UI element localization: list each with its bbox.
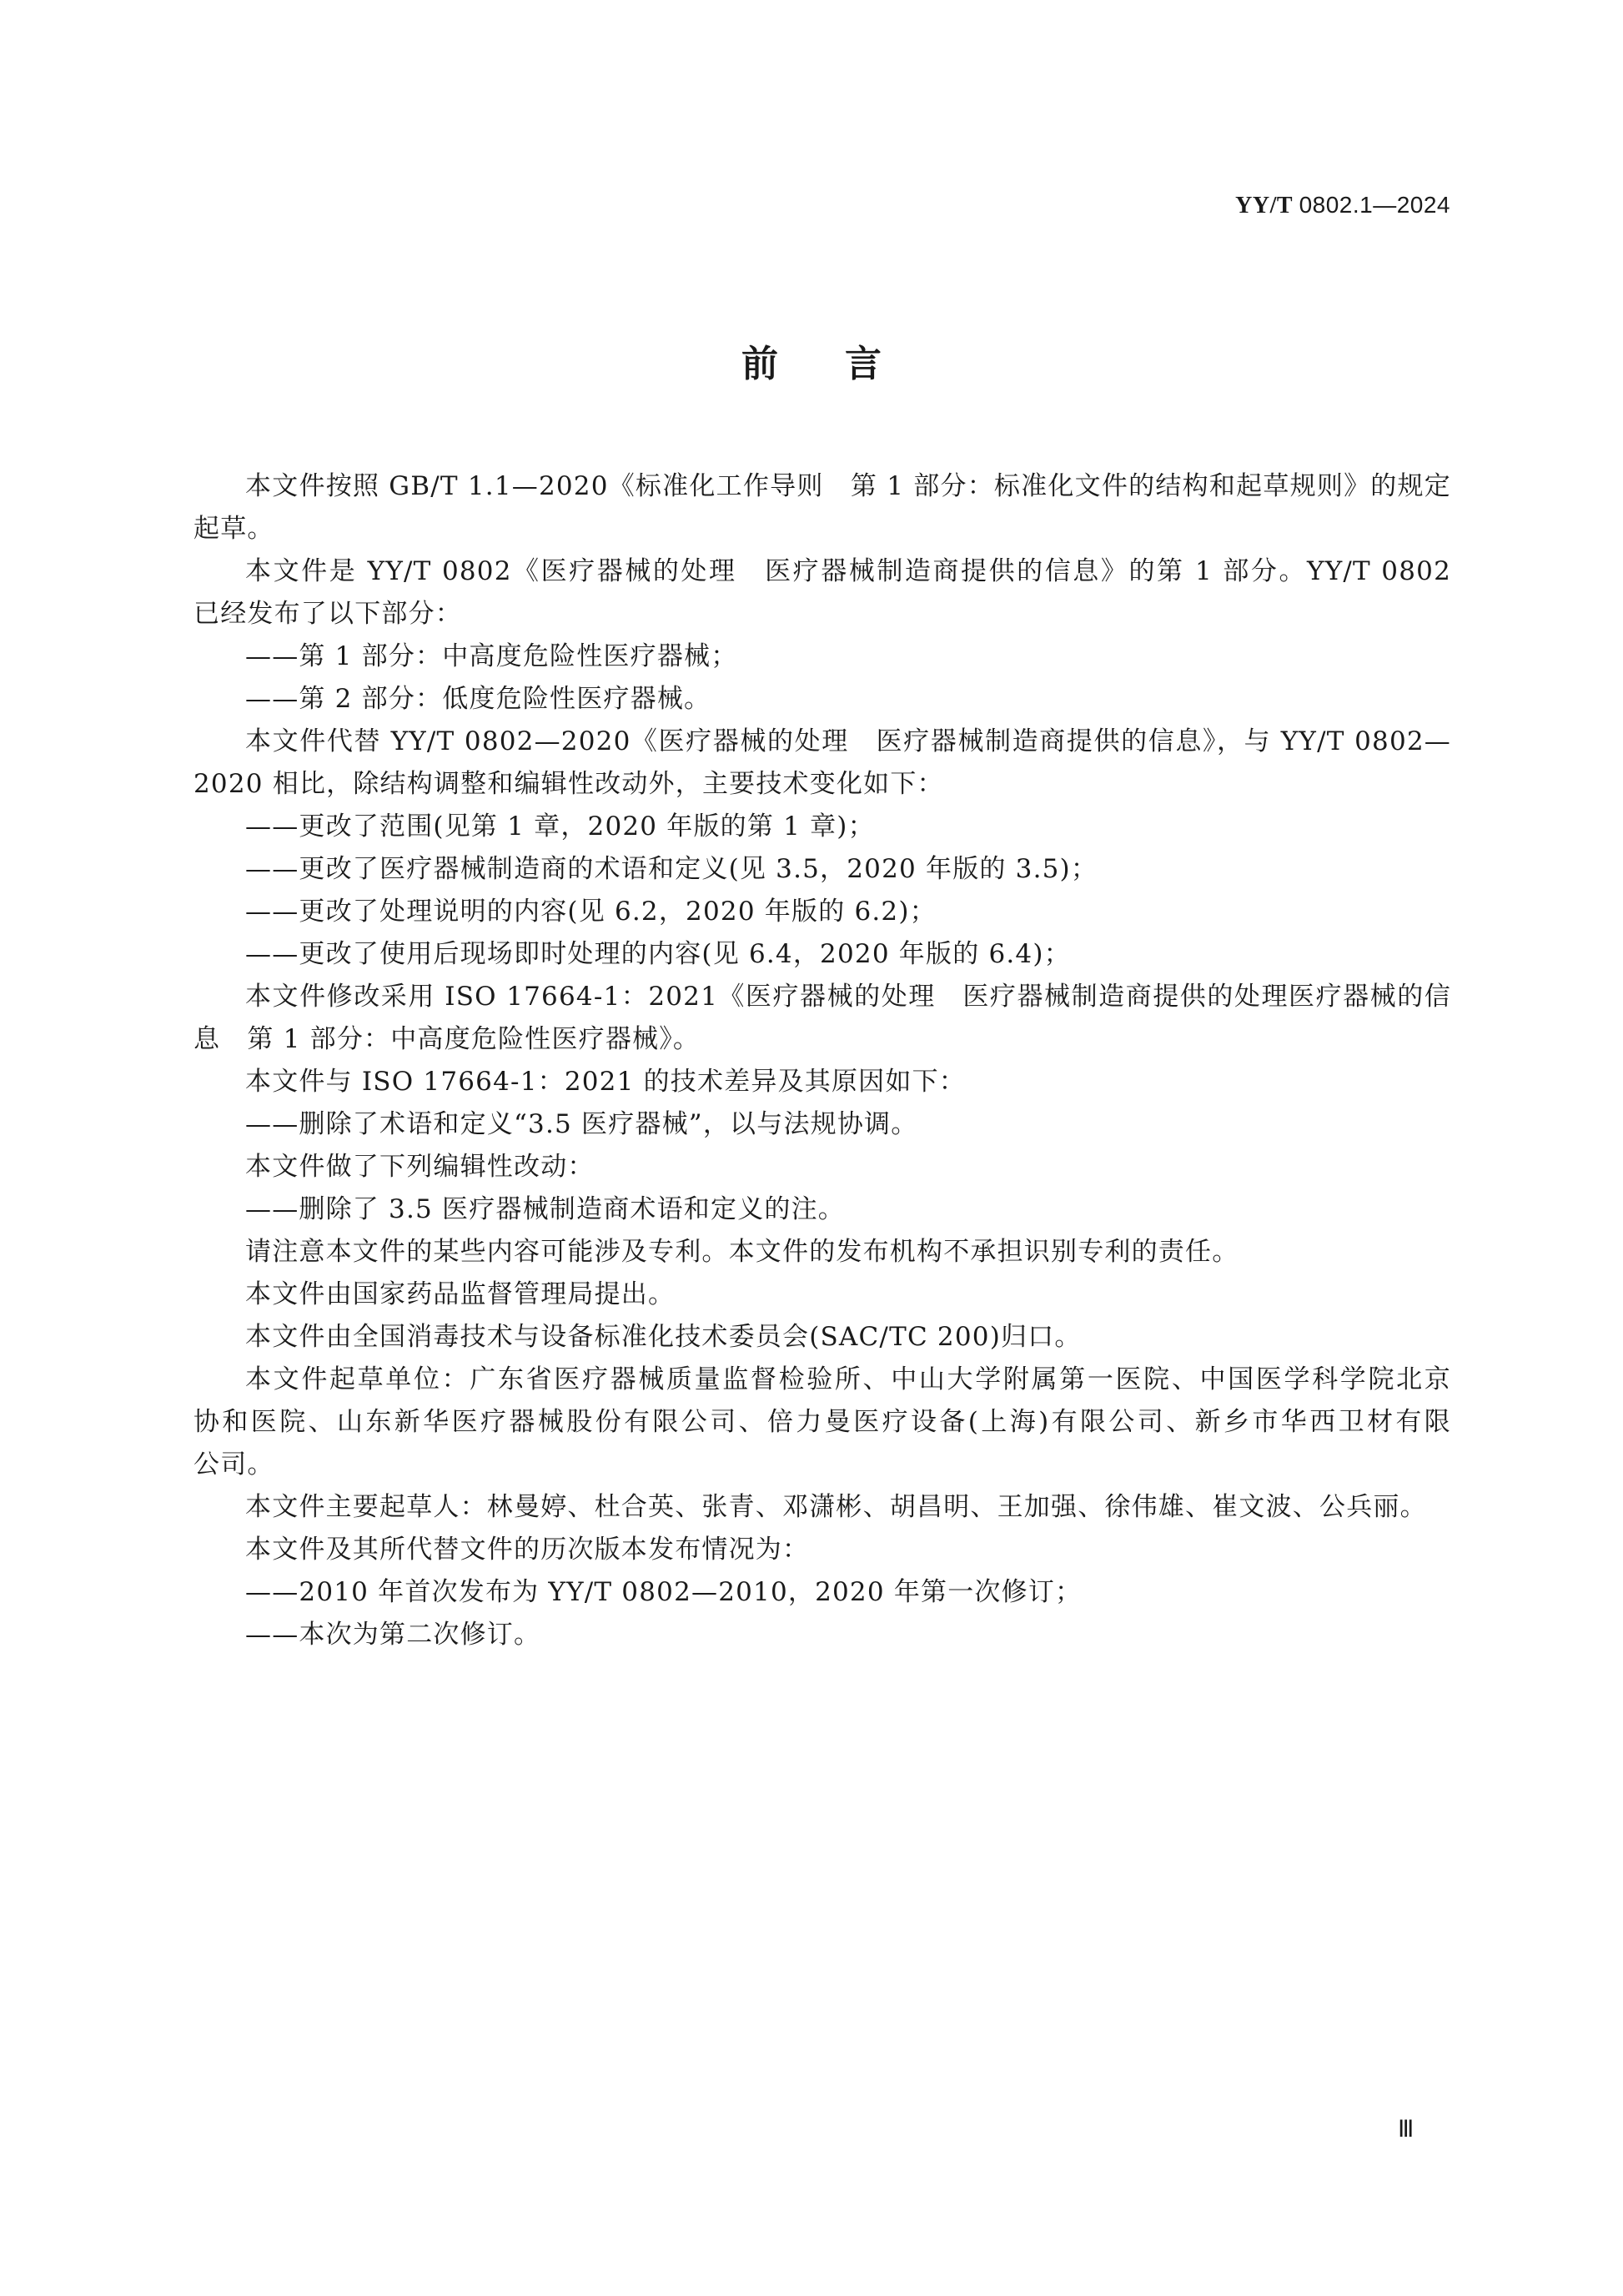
text-line: ——更改了使用后现场即时处理的内容(见 6.4，2020 年版的 6.4)； [245,935,1071,977]
text-line: 本文件及其所代替文件的历次版本发布情况为： [245,1530,809,1573]
text-line: 本文件做了下列编辑性改动： [245,1148,595,1190]
text-line: ——第 2 部分：低度危险性医疗器械。 [245,680,711,722]
text-line: 公司。 [193,1445,274,1488]
text-line: ——第 1 部分：中高度危险性医疗器械； [245,637,737,680]
text-line: 起草。 [193,510,274,552]
text-line: 本文件与 ISO 17664-1：2021 的技术差异及其原因如下： [245,1063,966,1105]
text-line: ——删除了 3.5 医疗器械制造商术语和定义的注。 [245,1190,845,1233]
page-title: 前言 [0,334,1623,387]
page-number: Ⅲ [1398,2115,1414,2143]
text-line: 本文件修改采用 ISO 17664-1：2021《医疗器械的处理 医疗器械制造商… [245,977,1451,1020]
text-line: ——删除了术语和定义“3.5 医疗器械”，以与法规协调。 [245,1105,917,1148]
text-line: 本文件主要起草人：林曼婷、杜合英、张青、邓潇彬、胡昌明、王加强、徐伟雄、崔文波、… [245,1488,1427,1530]
text-line: 本文件是 YY/T 0802《医疗器械的处理 医疗器械制造商提供的信息》的第 1… [245,552,1451,595]
text-line: ——本次为第二次修订。 [245,1615,540,1658]
standard-code: YY/T 0802.1—2024 [1235,192,1450,219]
text-line: 本文件由全国消毒技术与设备标准化技术委员会(SAC/TC 200)归口。 [245,1318,1082,1360]
text-line: ——2010 年首次发布为 YY/T 0802—2010，2020 年第一次修订… [245,1573,1082,1615]
text-line: 息 第 1 部分：中高度危险性医疗器械》。 [193,1020,700,1063]
text-line: 本文件起草单位：广东省医疗器械质量监督检验所、中山大学附属第一医院、中国医学科学… [245,1360,1451,1403]
text-line: 本文件代替 YY/T 0802—2020《医疗器械的处理 医疗器械制造商提供的信… [245,722,1451,765]
standard-number: 0802.1—2024 [1299,192,1450,218]
text-line: 本文件按照 GB/T 1.1—2020《标准化工作导则 第 1 部分：标准化文件… [245,467,1451,510]
text-line: 已经发布了以下部分： [193,595,462,637]
text-line: ——更改了处理说明的内容(见 6.2，2020 年版的 6.2)； [245,892,937,935]
text-line: ——更改了医疗器械制造商的术语和定义(见 3.5，2020 年版的 3.5)； [245,850,1098,892]
text-line: ——更改了范围(见第 1 章，2020 年版的第 1 章)； [245,807,875,850]
text-line: 协和医院、山东新华医疗器械股份有限公司、倍力曼医疗设备(上海)有限公司、新乡市华… [193,1403,1451,1445]
text-line: 本文件由国家药品监督管理局提出。 [245,1275,675,1318]
text-line: 请注意本文件的某些内容可能涉及专利。本文件的发布机构不承担识别专利的责任。 [245,1233,1239,1275]
text-line: 2020 相比，除结构调整和编辑性改动外，主要技术变化如下： [193,765,944,807]
standard-prefix: YY/T [1235,193,1293,219]
